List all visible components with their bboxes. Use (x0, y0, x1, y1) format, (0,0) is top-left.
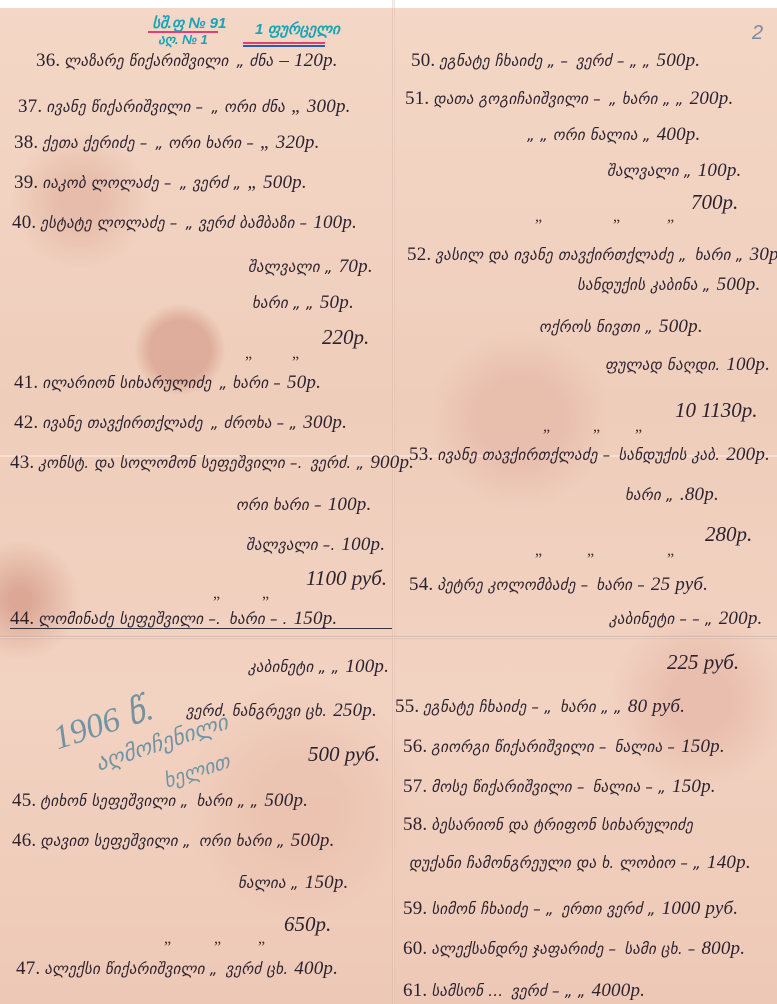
entry-47: 47.ალექსი წიქარიშვილი „ვერძ ცხ.400р. (16, 958, 338, 980)
entry-53-sub-1: ხარი „.80р. (625, 484, 719, 506)
entry-53: 53.ივანე თავქირთქლაძე –სანდუქის კაბ.200р… (409, 444, 770, 466)
entry-36: 36.ლაზარე წიქარიშვილი„ ძნა– 120р. (36, 50, 338, 72)
entry-37: 37.ივანე წიქარიშვილი –„ ორი ძნა„ 300р. (18, 96, 351, 118)
ditto-mark: „ (593, 418, 600, 436)
entry-44: 44.ლომინაძე სეფეშვილი –.ხარი – .150р. (10, 608, 337, 630)
ditto-mark: „ (667, 208, 674, 226)
entry-52-sub-3: ფულად ნაღდი.100р. (605, 354, 770, 376)
entry-40: 40.ესტატე ლოლაძე –„ ვერძ ბამბაზი –100р. (12, 212, 357, 234)
ditto-mark: „ (213, 585, 220, 603)
entry-46: 46.დავით სეფეშვილი „ორი ხარი „500р. (12, 830, 335, 852)
ditto-mark: „ (292, 345, 299, 363)
entry-50: 50.ეგნატე ჩხაიძე „ –ვერძ – „ „500р. (411, 50, 700, 72)
pencil-note-line-3: ხელით (160, 749, 233, 794)
entry-44-total: 500 руб. (308, 742, 380, 767)
red-underline (243, 42, 325, 44)
entry-52: 52.ვასილ და ივანე თავქირთქლაძე „ხარი „30… (407, 244, 777, 266)
horizontal-fold-crease (0, 636, 777, 639)
page-number: 2 (752, 22, 763, 45)
ditto-mark: „ (613, 208, 620, 226)
entry-56: 56.გიორგი წიქარიშვილი –ნალია –150р. (403, 736, 725, 758)
entry-41: 41.ილარიონ სიხარულიძე„ ხარი –50р. (14, 372, 321, 394)
entry-55: 55.ეგნატე ჩხაიძე – „ხარი „ „80 руб. (395, 696, 685, 718)
ditto-mark: „ (667, 542, 674, 560)
entry-43-sub-2: შალვალი –.100р. (246, 534, 385, 556)
archive-ref-top: სშ.ფ № 91 (152, 14, 226, 32)
entry-40-sub-2: ხარი „ „50р. (252, 292, 354, 314)
entry-58-sub-1: დუქანი ჩამონგრეული და ხ. ლობიო – „140р. (409, 852, 751, 874)
entry-53-total: 280р. (705, 522, 752, 547)
entry-51-sub-2: შალვალი „100р. (607, 160, 741, 182)
entry-57: 57.მოსე წიქარიშვილი –ნალია – „150р. (403, 776, 716, 798)
entry-52-total: 10 1130р. (675, 398, 757, 423)
entry-51-total: 700р. (691, 190, 738, 215)
ditto-mark: „ (164, 930, 171, 948)
entry-54-sub-1: კაბინეტი – – „200р. (609, 608, 762, 630)
entry-44-sub-1: კაბინეტი „ „100р. (248, 656, 389, 678)
entry-40-total: 220р. (322, 325, 369, 350)
blue-underline (243, 45, 325, 47)
entry-54-total: 225 руб. (667, 650, 739, 675)
entry-59: 59.სიმონ ჩხაიძე – „ერთი ვერძ „1000 руб. (403, 898, 738, 920)
ditto-mark: „ (587, 542, 594, 560)
ditto-mark: „ (262, 585, 269, 603)
scan-top-margin (0, 0, 777, 8)
entry-38: 38.ქეთა ქერიძე –„ ორი ხარი –„ 320р. (14, 132, 320, 154)
entry-42: 42.ივანე თავქირთქლაძე„ ძროხა – „300р. (14, 412, 347, 434)
ditto-mark: „ (245, 345, 252, 363)
entry-40-sub-1: შალვალი „70р. (248, 256, 373, 278)
archive-ref-bottom: აღ. № 1 (158, 32, 208, 48)
ledger-page: სშ.ფ № 91 აღ. № 1 1 ფურცელი 2 36.ლაზარე … (0, 0, 777, 1004)
ditto-mark: „ (214, 930, 221, 948)
entry-46-sub-1: ნალია „150р. (238, 872, 349, 894)
entry-51: 51.დათა გოგიჩაიშვილი –„ ხარი „ „200р. (405, 88, 733, 110)
entry-58: 58.ბესარიონ და ტრიფონ სიხარულიძე (403, 814, 693, 836)
entry-51-sub-1: „ „ ორი ნალია „400р. (527, 124, 700, 146)
ditto-mark: „ (635, 418, 642, 436)
entry-52-sub-2: ოქროს ნივთი „500р. (539, 316, 703, 338)
strikethrough-line (10, 628, 392, 629)
sheet-count-annotation: 1 ფურცელი (255, 20, 340, 38)
entry-52-sub-1: სანდუქის კაბინა „500р. (577, 274, 760, 296)
entry-43-sub-1: ორი ხარი –100р. (236, 494, 371, 516)
entry-45: 45.ტიხონ სეფეშვილი „ხარი „ „500р. (12, 790, 308, 812)
ditto-mark: „ (535, 208, 542, 226)
entry-61: 61.სამსონ ...ვერძ – „ „4000р. (403, 980, 645, 1002)
entry-43: 43.კონსტ. და სოლომონ სეფეშვილი –.ვერძ. „… (10, 452, 414, 474)
entry-39: 39.იაკობ ლოლაძე –„ ვერძ „„ 500р. (14, 172, 307, 194)
ditto-mark: „ (543, 418, 550, 436)
ditto-mark: „ (535, 542, 542, 560)
entry-46-total: 650р. (284, 912, 331, 937)
vertical-fold-crease (392, 0, 395, 1004)
entry-60: 60.ალექსანდრე ჯაფარიძე –სამი ცხ. –800р. (403, 938, 745, 960)
ditto-mark: „ (258, 930, 265, 948)
entry-54: 54.პეტრე კოლომბაძე –ხარი –25 руб. (409, 574, 708, 596)
entry-43-total: 1100 руб. (306, 566, 387, 591)
